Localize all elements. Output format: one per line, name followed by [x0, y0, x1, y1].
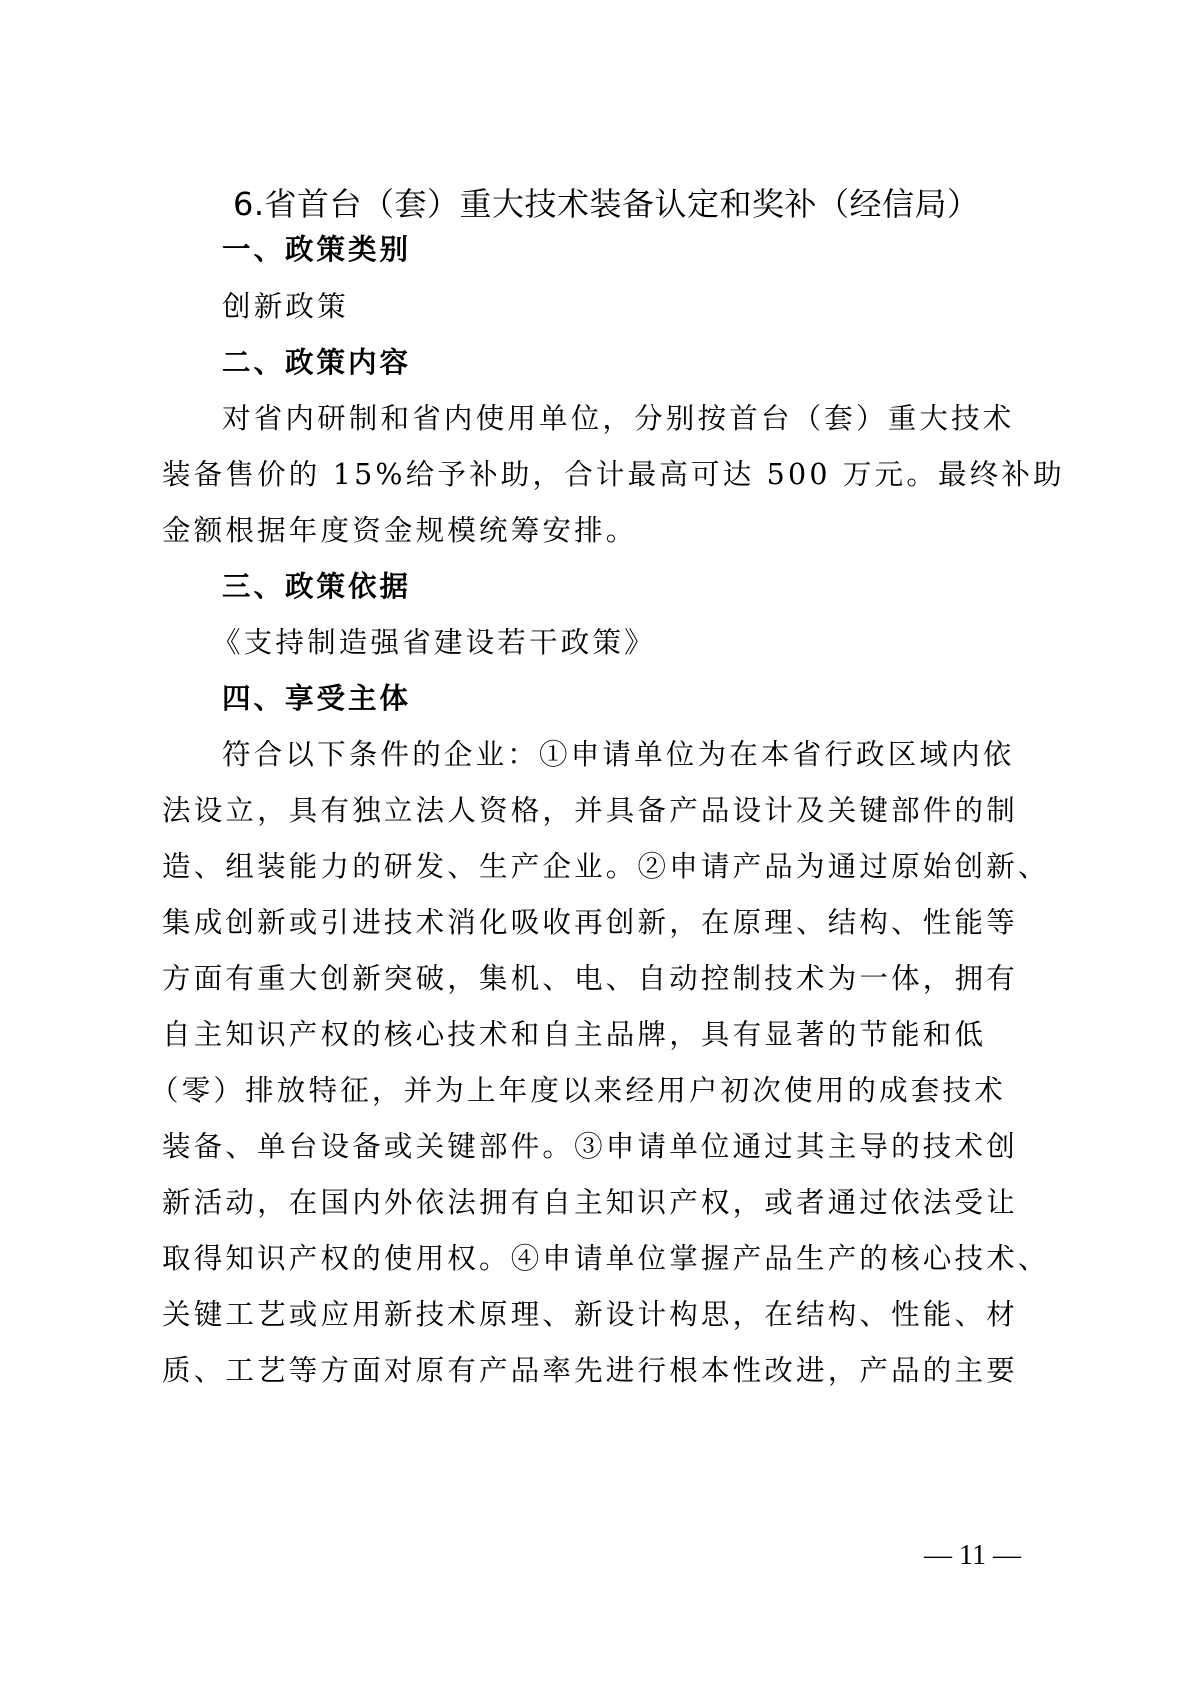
paragraph-line: 装备、单台设备或关键部件。③申请单位通过其主导的技术创 [162, 1127, 1032, 1167]
paragraph-line: 金额根据年度资金规模统筹安排。 [162, 511, 1032, 551]
policy-category-text: 创新政策 [222, 287, 1092, 327]
paragraph-line: （零）排放特征，并为上年度以来经用户初次使用的成套技术 [150, 1071, 1020, 1111]
paragraph-line: 自主知识产权的核心技术和自主品牌，具有显著的节能和低 [162, 1015, 1032, 1055]
section-heading-beneficiary: 四、享受主体 [222, 679, 1092, 719]
paragraph-line: 新活动，在国内外依法拥有自主知识产权，或者通过依法受让 [162, 1183, 1032, 1223]
paragraph-line: 装备售价的 15%给予补助，合计最高可达 500 万元。最终补助 [162, 455, 1032, 495]
page-number: — 11 — [924, 1538, 1021, 1574]
section-heading-policy-category: 一、政策类别 [222, 230, 1092, 270]
paragraph-line: 集成创新或引进技术消化吸收再创新，在原理、结构、性能等 [162, 903, 1032, 943]
paragraph-line: 对省内研制和省内使用单位，分别按首台（套）重大技术 [222, 399, 1092, 439]
paragraph-line: 方面有重大创新突破，集机、电、自动控制技术为一体，拥有 [162, 959, 1032, 999]
paragraph-line: 关键工艺或应用新技术原理、新设计构思，在结构、性能、材 [162, 1295, 1032, 1335]
paragraph-line: 符合以下条件的企业：①申请单位为在本省行政区域内依 [222, 735, 1092, 775]
document-title: 6.省首台（套）重大技术装备认定和奖补（经信局） [233, 182, 1063, 226]
paragraph-line: 造、组装能力的研发、生产企业。②申请产品为通过原始创新、 [162, 847, 1032, 887]
policy-basis-text: 《支持制造强省建设若干政策》 [212, 623, 1082, 663]
paragraph-line: 法设立，具有独立法人资格，并具备产品设计及关键部件的制 [162, 791, 1032, 831]
document-page: 6.省首台（套）重大技术装备认定和奖补（经信局） 一、政策类别 创新政策 二、政… [0, 0, 1190, 1683]
paragraph-line: 质、工艺等方面对原有产品率先进行根本性改进，产品的主要 [162, 1351, 1032, 1391]
paragraph-line: 取得知识产权的使用权。④申请单位掌握产品生产的核心技术、 [162, 1239, 1032, 1279]
section-heading-policy-basis: 三、政策依据 [222, 567, 1092, 607]
section-heading-policy-content: 二、政策内容 [222, 343, 1092, 383]
